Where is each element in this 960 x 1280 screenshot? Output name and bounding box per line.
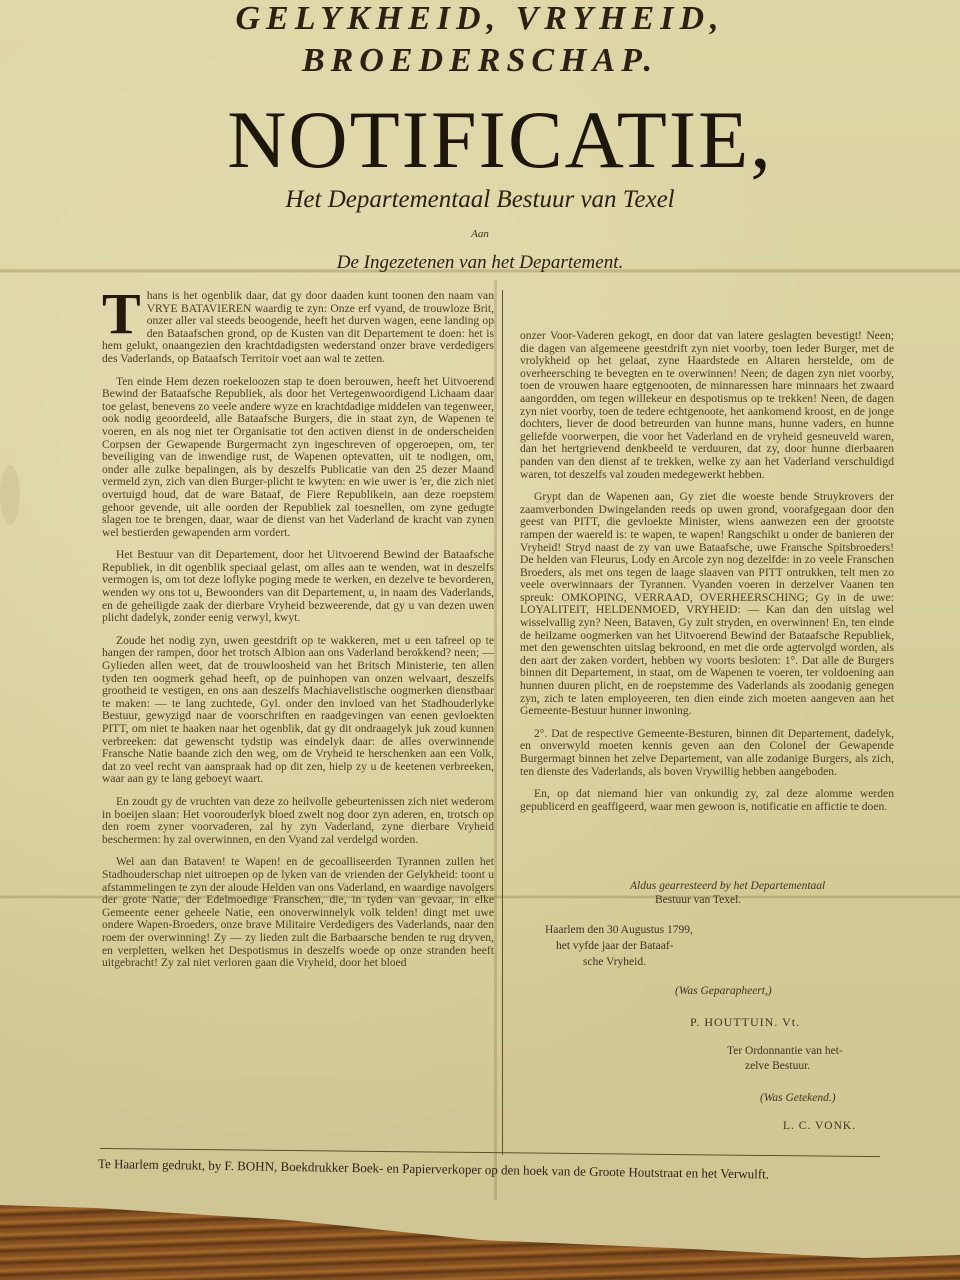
paper-stain <box>0 465 20 525</box>
ordonnantie-line: Ter Ordonnantie van het- <box>727 1045 843 1057</box>
notice-title: NOTIFICATIE, <box>100 95 900 185</box>
closing-aldus: Aldus gearresteerd by het Departementaal <box>630 880 890 892</box>
addressee-line: De Ingezetenen van het Departement. <box>0 252 960 274</box>
text-column-right: onzer Voor-Vaderen gekogt, en door dat v… <box>520 330 894 850</box>
signatory-name: P. HOUTTUIN. Vt. <box>690 1015 800 1030</box>
paragraph: En zoudt gy de vruchten van deze zo heil… <box>102 796 494 846</box>
was-geparapheert: (Was Geparapheert,) <box>675 985 772 997</box>
motto-line-2: BROEDERSCHAP. <box>0 42 960 80</box>
paragraph: Grypt dan de Wapenen aan, Gy ziet die wo… <box>520 491 894 718</box>
paragraph: Het Bestuur van dit Departement, door he… <box>102 549 494 625</box>
paragraph: 2°. Dat de respective Gemeente-Besturen,… <box>520 728 894 778</box>
drop-cap: T <box>102 292 141 336</box>
motto-line-1: GELYKHEID, VRYHEID, <box>0 0 960 38</box>
paragraph: onzer Voor-Vaderen gekogt, en door dat v… <box>520 330 894 481</box>
printer-imprint: Te Haarlem gedrukt, by F. BOHN, Boekdruk… <box>98 1156 898 1185</box>
paragraph: En, op dat niemand hier van onkundig zy,… <box>520 788 894 813</box>
year-of-liberty-cont: sche Vryheid. <box>583 956 646 968</box>
place-date: Haarlem den 30 Augustus 1799, <box>545 924 693 936</box>
ordonnantie-line-cont: zelve Bestuur. <box>745 1060 810 1072</box>
paragraph: Thans is het ogenblik daar, dat gy door … <box>102 290 494 366</box>
paragraph: Ten einde Hem dezen roekeloozen stap te … <box>102 376 494 540</box>
paragraph: Wel aan dan Bataven! te Wapen! en de gec… <box>102 856 494 969</box>
closing-bestuur: Bestuur van Texel. <box>655 894 741 906</box>
year-of-liberty: het vyfde jaar der Bataaf- <box>556 940 674 952</box>
issuer-line: Het Departementaal Bestuur van Texel <box>0 186 960 214</box>
was-getekend: (Was Getekend.) <box>760 1092 836 1104</box>
text-column-left: Thans is het ogenblik daar, dat gy door … <box>102 290 503 1155</box>
broadside-poster: GELYKHEID, VRYHEID, BROEDERSCHAP. NOTIFI… <box>0 0 960 1280</box>
paragraph: Zoude het nodig zyn, uwen geestdrift op … <box>102 635 494 786</box>
aan-label: Aan <box>0 228 960 240</box>
secretary-name: L. C. VONK. <box>783 1120 856 1132</box>
